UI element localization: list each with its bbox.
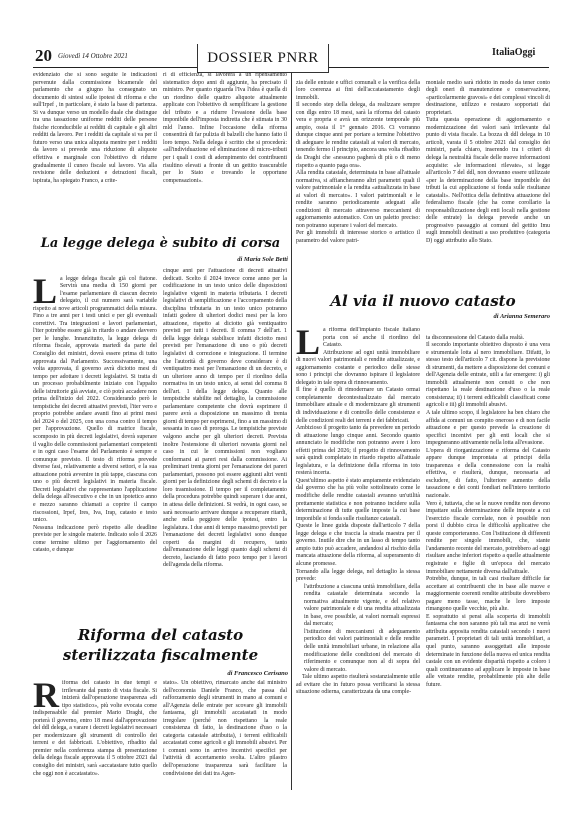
al-via-col-2: ta disconnessione del Catasto dalla real… — [426, 327, 550, 792]
al-via-body: La riforma dell'impianto fiscale italian… — [296, 327, 420, 584]
paragraph: cinque anni per l'attuazione di decreti … — [163, 268, 287, 570]
headline-legge-delega: La legge delega è subito di corsa — [33, 236, 288, 251]
headline-al-via: Al via il nuovo catasto — [296, 292, 550, 310]
legge-delega-col-1: La legge delega fiscale già col fiatone.… — [33, 268, 157, 614]
column-divider — [291, 72, 292, 790]
header-rule-left — [33, 67, 198, 68]
top-article-col-2: ri di efficienza, si lavorerà a un ripen… — [163, 72, 287, 232]
headline-riforma-line-2: sterilizzata fiscalmente — [33, 646, 288, 664]
legge-delega-col-2: cinque anni per l'attuazione di decreti … — [163, 268, 287, 614]
byline-al-via: di Arianna Semeraro — [296, 313, 550, 320]
bullet-item: l'istituzione di meccanismi di adeguamen… — [304, 629, 420, 674]
paragraph: ta disconnessione del Catasto dalla real… — [426, 335, 550, 690]
top-article-col-3: zia delle entrate e uffici comunali e la… — [296, 72, 420, 282]
headline-riforma-line-1: Riforma del catasto — [33, 626, 288, 644]
paragraph: stato». Un obiettivo, rimarcato anche da… — [163, 680, 287, 778]
byline-legge-delega: di Maria Sole Betti — [33, 256, 288, 263]
paragraph: a riforma dell'impianto fiscale italiano… — [296, 327, 420, 582]
header-rule-right — [327, 67, 549, 68]
page-number: 20 — [35, 46, 52, 66]
al-via-col-1: La riforma dell'impianto fiscale italian… — [296, 327, 420, 792]
bullet-list: l'attribuzione a ciascuna unità immobili… — [296, 584, 420, 675]
dropcap: L — [296, 328, 320, 356]
issue-date: Giovedì 14 Ottobre 2021 — [58, 52, 128, 60]
top-article-col-4: moniale medio sarà ridotto in modo da te… — [426, 72, 550, 282]
dropcap: L — [33, 277, 57, 305]
top-article-col-1: evidenziato che si sono seguite le indic… — [33, 72, 157, 232]
byline-riforma: di Francesco Cerisano — [33, 670, 288, 677]
bullet-item: l'attribuzione a ciascuna unità immobili… — [304, 584, 420, 629]
paragraph: evidenziato che si sono seguite le indic… — [33, 72, 157, 185]
paragraph: Tale ultimo aspetto risulterà sostanzial… — [296, 674, 420, 697]
riforma-col-2: stato». Un obiettivo, rimarcato anche da… — [163, 680, 287, 792]
paragraph: moniale medio sarà ridotto in modo da te… — [426, 80, 550, 246]
dropcap: R — [33, 681, 59, 709]
section-title: DOSSIER PNRR — [197, 44, 329, 73]
paragraph: a legge delega fiscale già col fiatone. … — [33, 276, 157, 554]
paragraph: zia delle entrate e uffici comunali e la… — [296, 80, 420, 246]
paragraph: ri di efficienza, si lavorerà a un ripen… — [163, 72, 287, 185]
riforma-col-1: Riforma del catasto in due tempi e irril… — [33, 680, 157, 792]
publication-logo: ItaliaOggi — [492, 47, 535, 58]
